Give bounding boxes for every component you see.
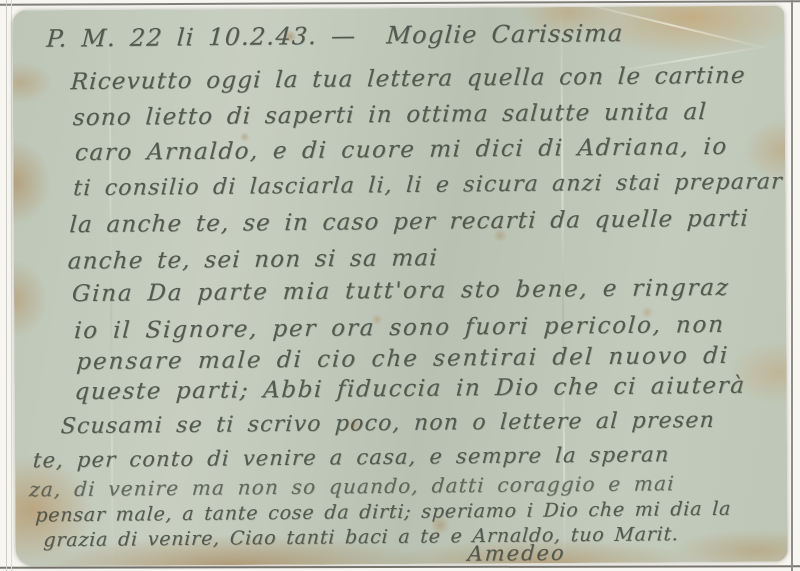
letter-line: te, per conto di venire a casa, e sempre… — [32, 442, 670, 472]
letter-line: queste parti; Abbi fiduccia in Dio che c… — [74, 373, 747, 405]
postcard: P. M. 22 li 10.2.43. — Moglie Carissima … — [12, 6, 787, 567]
scan-edge-right-line — [791, 0, 793, 571]
scanned-letter-image: P. M. 22 li 10.2.43. — Moglie Carissima … — [0, 0, 800, 571]
letter-line: pensar male, a tante cose da dirti; sper… — [35, 498, 732, 527]
letter-salutation: Moglie Carissima — [386, 19, 625, 49]
letter-line: sono lietto di saperti in ottima salutte… — [72, 99, 708, 131]
letter-line: ti consilio di lasciarla li, li e sicura… — [73, 169, 784, 201]
letter-line: grazia di venire, Ciao tanti baci a te e… — [43, 523, 680, 551]
letter-line: Gina Da parte mia tutt'ora sto bene, e r… — [71, 275, 730, 307]
letter-line: io il Signore, per ora sono fuori perico… — [73, 312, 725, 344]
scan-edge-bottom-line — [0, 565, 800, 568]
letter-line: Scusami se ti scrivo poco, non o lettere… — [60, 408, 716, 439]
scan-edge-top-line — [0, 0, 800, 6]
dateline-text: P. M. 22 li 10.2.43. — — [46, 22, 358, 53]
scan-edge-left-line — [6, 0, 7, 571]
letter-line: caro Arnaldo, e di cuore mi dici di Adri… — [74, 134, 728, 166]
letter-line: Ricevutto oggi la tua lettera quella con… — [70, 63, 747, 95]
letter-line: za, di venire ma non so quando, datti co… — [28, 471, 675, 501]
letter-line: anche te, sei non si sa mai — [67, 245, 439, 275]
letter-signature: Amedeo — [467, 541, 566, 566]
letter-line: pensare male di cio che sentirai del nuo… — [76, 343, 730, 375]
letter-line: la anche te, se in caso per recarti da q… — [69, 206, 750, 239]
letter-dateline: P. M. 22 li 10.2.43. — Moglie Carissima — [46, 22, 358, 53]
